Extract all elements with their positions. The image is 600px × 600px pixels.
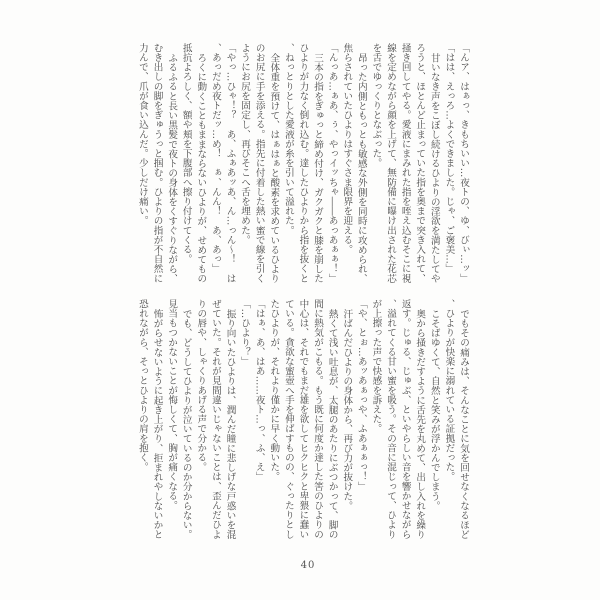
paragraph: 「はは、えっろ…よくできました。じゃ、ご褒美…」 (441, 43, 456, 284)
text-band-bottom: でもその痛みは、そんなことに気を回せなくなるほど、ひよりが快楽に溺れている証拠だ… (133, 299, 470, 540)
paragraph: 奥から掻きだすように舌先を丸めて、出し入れを繰り返す。じゅる、じゅぶ、といやらし… (368, 299, 426, 540)
paragraph: 「はぁ、あ、はあ……夜ト…っ、ふ、え」 (251, 299, 266, 540)
paragraph: 怖がらせないように起き上がり、拒まれやしないかと恐れながら、そっとひよりの肩を抱… (134, 299, 163, 540)
paragraph: 全体重を預けて、はぁはぁと酸素を求めているひよりのお尻に手を添える。指先に付着し… (237, 43, 281, 284)
paragraph: 「…ひより？」 (237, 299, 252, 540)
page-number: 40 (288, 560, 328, 571)
paragraph: ふるふると長い黒髪で夜トの身体をくすぐりながら、むき出しの脚をぎゅうっと掴む。ひ… (134, 43, 178, 284)
paragraph: 「や、とぉ…あッあぁっや、ふあぁぁっ！」 (353, 299, 368, 540)
paragraph: でも、どうしてひよりが泣いているのか分からない。見当もつかないことが悔しくて、胸… (164, 299, 193, 540)
paragraph: 三本の指をぎゅっと締め付け、ガクガクと膝を崩したひよりが力なく倒れ込む。達したひ… (280, 43, 324, 284)
paragraph: でもその痛みは、そんなことに気を回せなくなるほど、ひよりが快楽に溺れている証拠だ… (441, 299, 470, 540)
novel-page: 「んア、はぁっ、きもちいい…夜トの、ゆ、びぃ…ッ」「はは、えっろ…よくできました… (0, 0, 600, 600)
paragraph: 振り向いたひよりは、潤んだ瞳に悲しげな戸惑いを混ぜていた。それが見間違いじゃない… (193, 299, 237, 540)
paragraph: 「やっ…ひゃ！？ あ、ふぁあッあ、ん…っん〜！ は、あっだめ夜トだッ…め！ ぁ、… (207, 43, 236, 284)
paragraph: 汗ばんだひよりの身体から、再び力が抜けた。 (339, 299, 354, 540)
paragraph: 昂った内側ともっとも敏感な外側を同時に攻められ、焦らされていたひよりはすぐさま限… (339, 43, 368, 284)
text-band-top: 「んア、はぁっ、きもちいい…夜トの、ゆ、びぃ…ッ」「はは、えっろ…よくできました… (133, 43, 470, 284)
paragraph: 熱くて浅い吐息が、太腿のあたりにぶつかって、脚の間に熱気がこもる。もう既に何度か… (266, 299, 339, 540)
paragraph: 甘いなき声をこぼし続けるひよりの淫欲を満たしてやろうと、ほとんど止まっていた指を… (368, 43, 441, 284)
paragraph: ろくに動くこともままならないひよりが、せめてもの抵抗よろしく、額や頬を下腹部へ擦… (178, 43, 207, 284)
paragraph: 「んア、はぁっ、きもちいい…夜トの、ゆ、びぃ…ッ」 (455, 43, 470, 284)
paragraph: 「んっあ…ぁあ、ぅ、やっイッちゃ――あっあぁぁ！」 (324, 43, 339, 284)
paragraph: こそばゆくて、自然と笑みが浮かんでしまう。 (426, 299, 441, 540)
